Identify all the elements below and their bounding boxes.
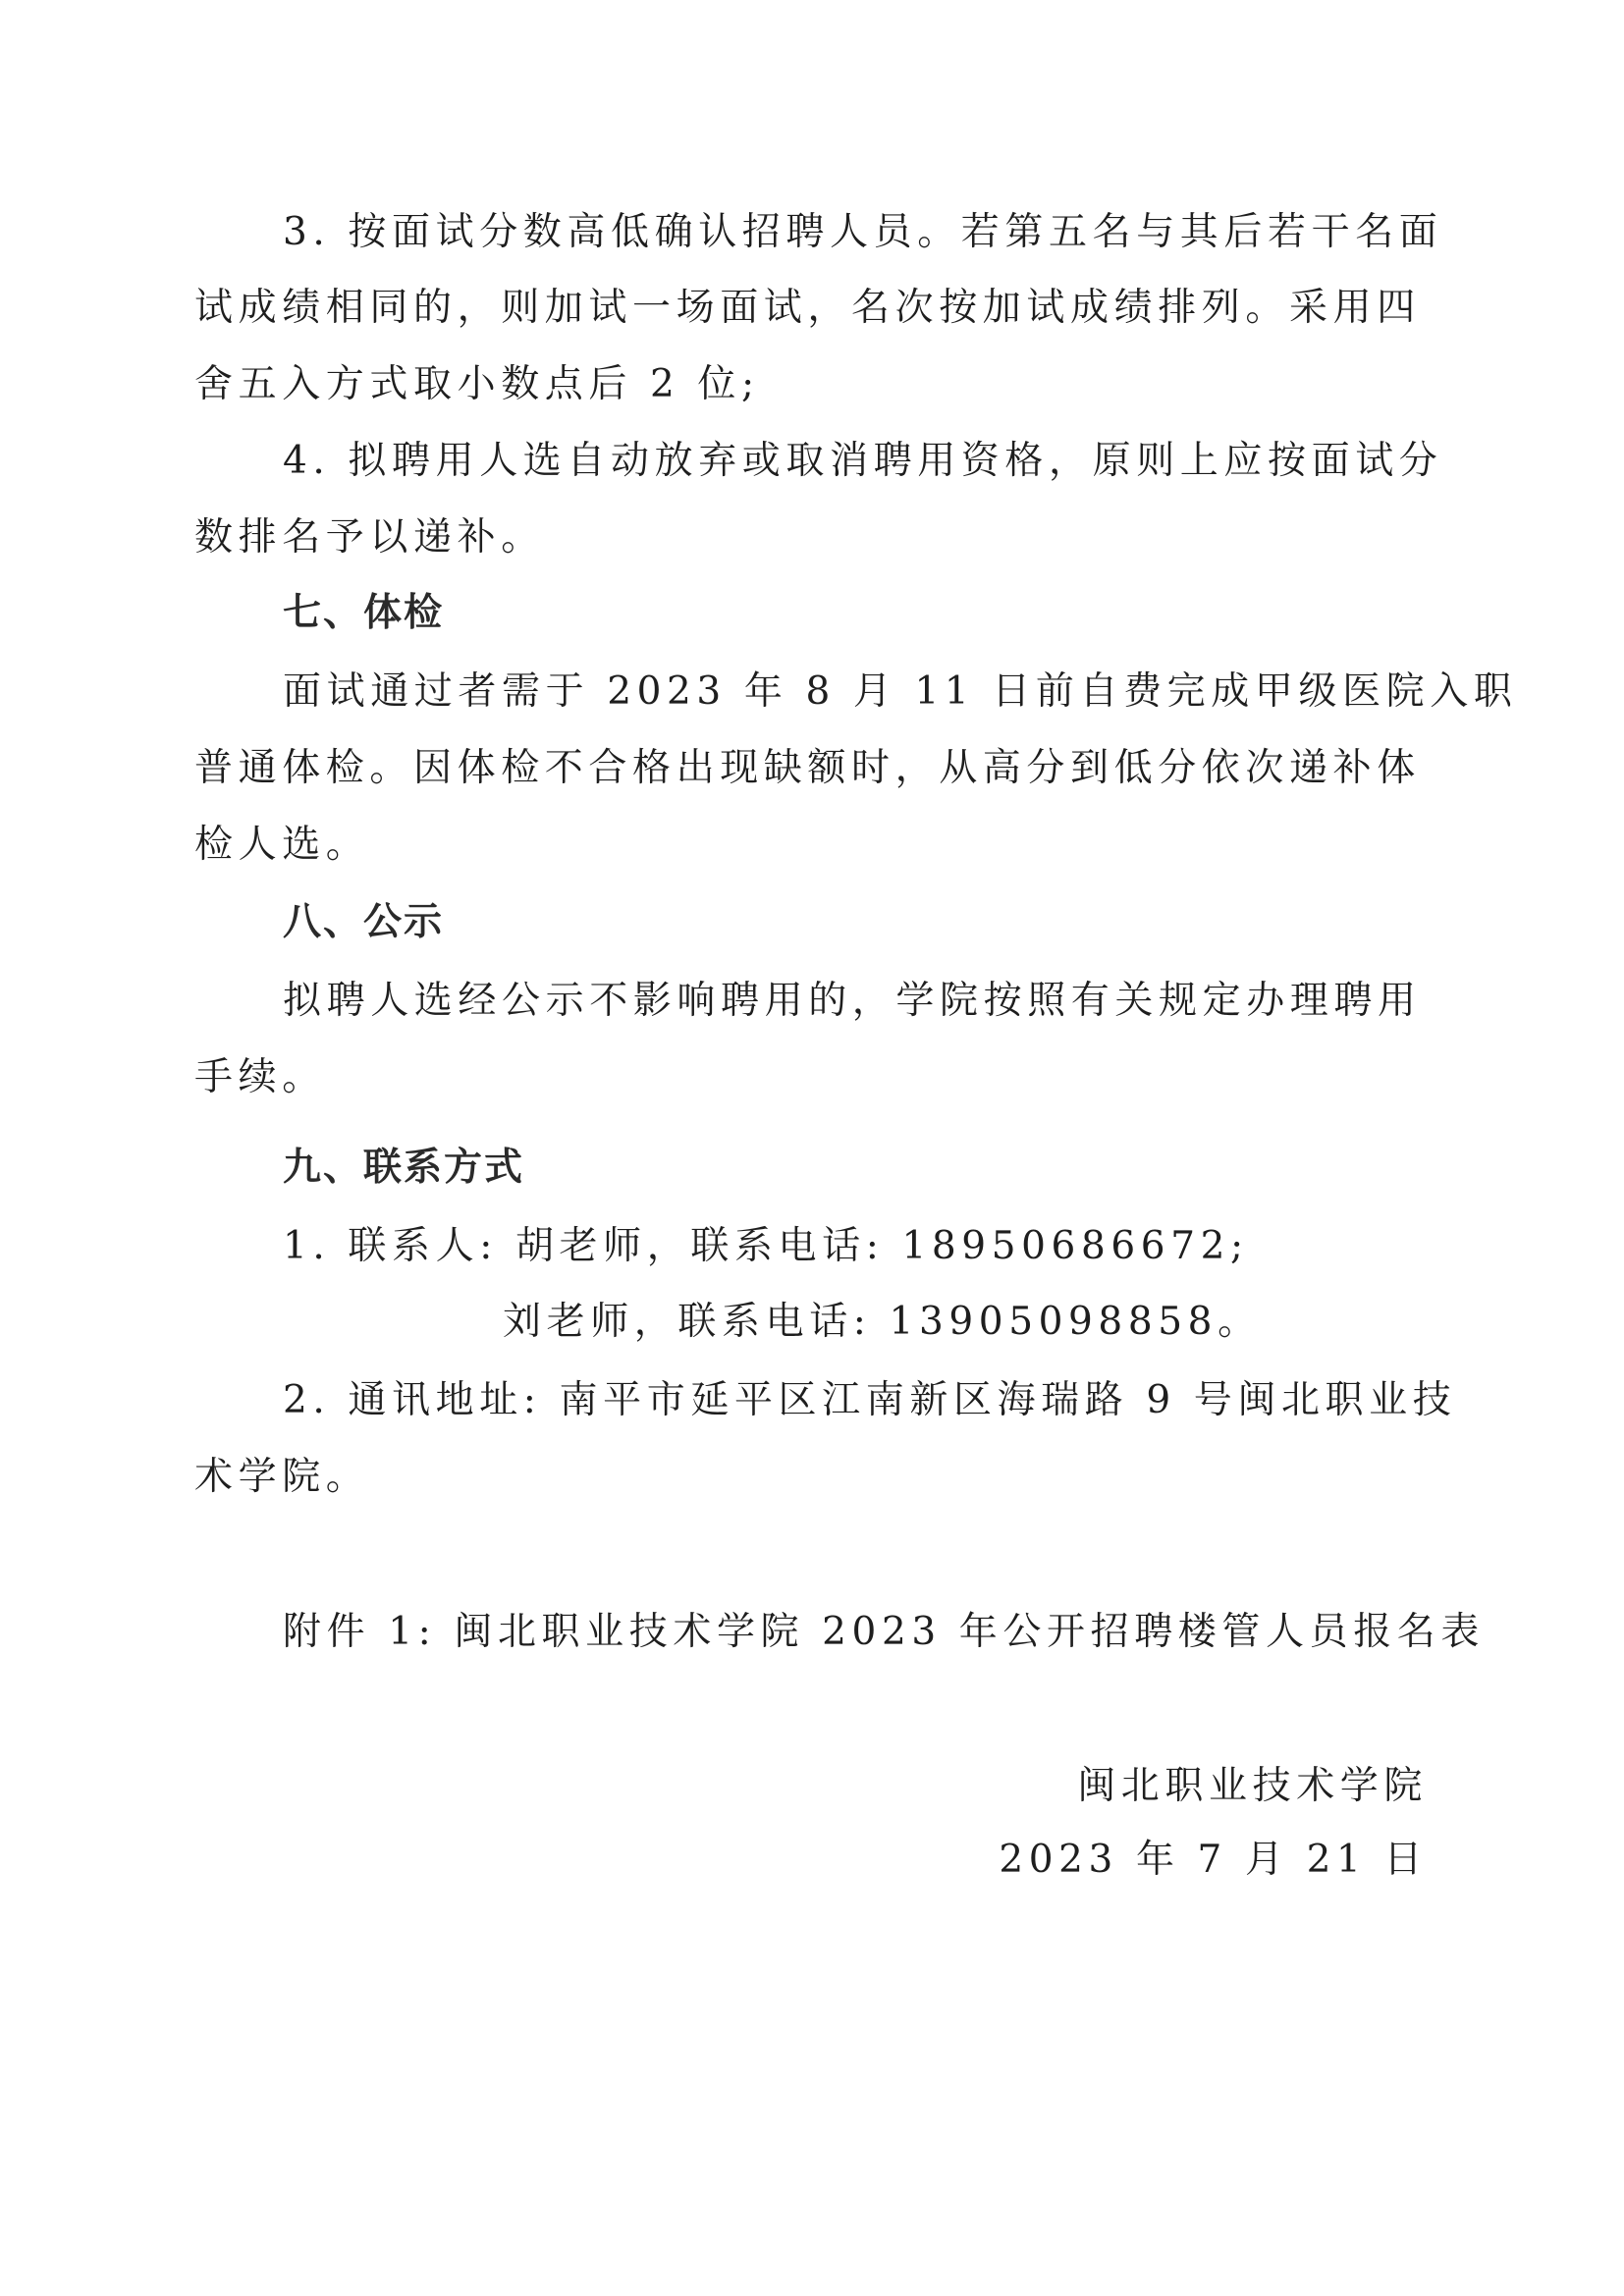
physical-exam-line-3: 检人选。 bbox=[194, 824, 369, 867]
section-heading-contact: 九、联系方式 bbox=[283, 1147, 524, 1190]
paragraph-3-line-2: 试成绩相同的，则加试一场面试，名次按加试成绩排列。采用四 bbox=[194, 287, 1421, 330]
contact-person-1: 1. 联系人: 胡老师，联系电话: 18950686672; bbox=[283, 1225, 1249, 1268]
paragraph-3-line-1: 3. 按面试分数高低确认招聘人员。若第五名与其后若干名面 bbox=[283, 211, 1442, 254]
publicity-line-1: 拟聘人选经公示不影响聘用的，学院按照有关规定办理聘用 bbox=[283, 980, 1422, 1023]
attachment-link: 附件 1: 闽北职业技术学院 2023 年公开招聘楼管人员报名表 bbox=[283, 1611, 1485, 1654]
signature-organization: 闽北职业技术学院 bbox=[1077, 1765, 1428, 1808]
publicity-line-2: 手续。 bbox=[194, 1056, 326, 1099]
paragraph-4-line-2: 数排名予以递补。 bbox=[194, 516, 545, 560]
physical-exam-line-2: 普通体检。因体检不合格出现缺额时，从高分到低分依次递补体 bbox=[194, 747, 1421, 790]
section-heading-publicity: 八、公示 bbox=[283, 901, 444, 944]
physical-exam-line-1: 面试通过者需于 2023 年 8 月 11 日前自费完成甲级医院入职 bbox=[283, 670, 1517, 714]
paragraph-3-line-3: 舍五入方式取小数点后 2 位; bbox=[194, 363, 760, 406]
contact-person-2: 刘老师，联系电话: 13905098858。 bbox=[503, 1301, 1262, 1344]
address-line-2: 术学院。 bbox=[194, 1456, 369, 1499]
section-heading-physical-exam: 七、体检 bbox=[283, 592, 444, 635]
paragraph-4-line-1: 4. 拟聘用人选自动放弃或取消聘用资格，原则上应按面试分 bbox=[283, 440, 1442, 483]
address-line-1: 2. 通讯地址: 南平市延平区江南新区海瑞路 9 号闽北职业技 bbox=[283, 1379, 1456, 1422]
signature-date: 2023 年 7 月 21 日 bbox=[999, 1839, 1428, 1882]
